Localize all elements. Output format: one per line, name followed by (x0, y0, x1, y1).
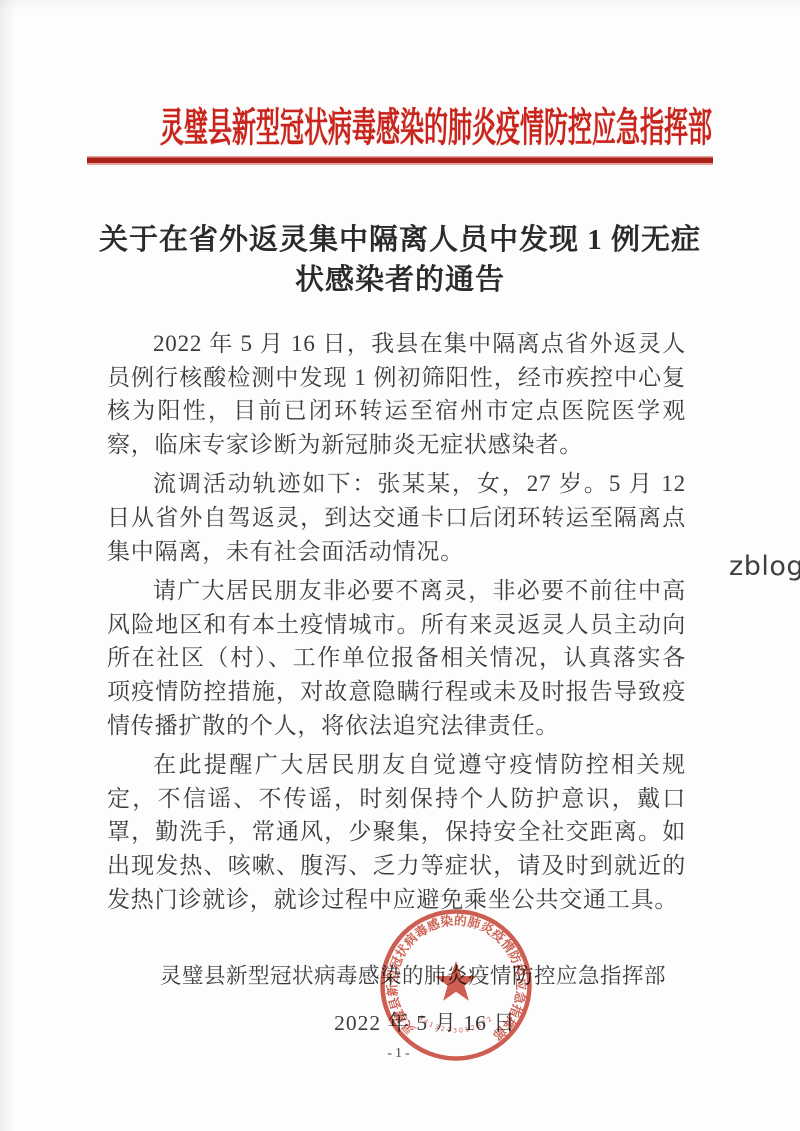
official-seal: 灵璧县新型冠状病毒感染的肺炎疫情防控应急指挥部 3413273012872 (376, 905, 536, 1065)
body-paragraph-2: 流调活动轨迹如下：张某某，女，27 岁。5 月 12 日从省外自驾返灵，到达交通… (107, 467, 686, 568)
watermark-label: zblog (729, 551, 800, 582)
scanned-notice-page: 灵璧县新型冠状病毒感染的肺炎疫情防控应急指挥部 关于在省外返灵集中隔离人员中发现… (0, 0, 800, 1131)
body-paragraph-3: 请广大居民朋友非必要不离灵，非必要不前往中高风险地区和有本土疫情城市。所有来灵返… (107, 574, 686, 742)
body-paragraph-1: 2022 年 5 月 16 日，我县在集中隔离点省外返灵人员例行核酸检测中发现 … (107, 327, 686, 461)
document-title: 关于在省外返灵集中隔离人员中发现 1 例无症状感染者的通告 (90, 220, 710, 300)
body-paragraph-4: 在此提醒广大居民朋友自觉遵守疫情防控相关规定，不信谣、不传谣，时刻保持个人防护意… (107, 748, 686, 916)
seal-star-icon (435, 961, 477, 1001)
document-body: 2022 年 5 月 16 日，我县在集中隔离点省外返灵人员例行核酸检测中发现 … (107, 327, 686, 922)
agency-letterhead: 灵璧县新型冠状病毒感染的肺炎疫情防控应急指挥部 (160, 96, 640, 153)
letterhead-divider (87, 156, 713, 165)
seal-code: 3413273012872 (417, 1014, 495, 1035)
